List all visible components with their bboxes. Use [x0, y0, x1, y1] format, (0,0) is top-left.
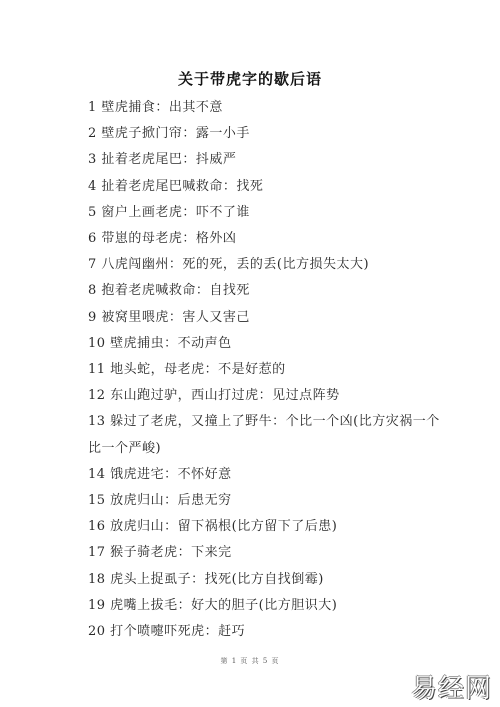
list-item: 5 窗户上画老虎：吓不了谁 [88, 200, 448, 226]
page-number: 第 1 页 共 5 页 [0, 656, 500, 666]
document-title: 关于带虎字的歇后语 [0, 68, 500, 89]
list-item: 15 放虎归山：后患无穷 [88, 488, 448, 514]
list-item: 13 躲过了老虎，又撞上了野牛：个比一个凶(比方灾祸一个比一个严峻) [88, 409, 448, 461]
list-item: 7 八虎闯幽州：死的死，丢的丢(比方损失太大) [88, 252, 448, 278]
list-item: 8 抱着老虎喊救命：自找死 [88, 278, 448, 304]
list-item: 4 扯着老虎尾巴喊救命：找死 [88, 174, 448, 200]
list-item: 19 虎嘴上拔毛：好大的胆子(比方胆识大) [88, 593, 448, 619]
list-item: 11 地头蛇，母老虎：不是好惹的 [88, 357, 448, 383]
list-item: 20 打个喷嚏吓死虎：赶巧 [88, 619, 448, 645]
list-item: 3 扯着老虎尾巴：抖威严 [88, 147, 448, 173]
list-item: 17 猴子骑老虎：下来完 [88, 540, 448, 566]
idiom-list: 1 壁虎捕食：出其不意 2 壁虎子掀门帘：露一小手 3 扯着老虎尾巴：抖威严 4… [88, 95, 448, 645]
list-item: 12 东山跑过驴，西山打过虎：见过点阵势 [88, 383, 448, 409]
list-item: 1 壁虎捕食：出其不意 [88, 95, 448, 121]
list-item: 9 被窝里喂虎：害人又害己 [88, 305, 448, 331]
list-item: 6 带崽的母老虎：格外凶 [88, 226, 448, 252]
list-item: 2 壁虎子掀门帘：露一小手 [88, 121, 448, 147]
document-page: 关于带虎字的歇后语 1 壁虎捕食：出其不意 2 壁虎子掀门帘：露一小手 3 扯着… [0, 0, 500, 707]
list-item: 18 虎头上捉虱子：找死(比方自找倒霉) [88, 567, 448, 593]
watermark-logo: 易经网 [411, 668, 492, 705]
list-item: 10 壁虎捕虫：不动声色 [88, 331, 448, 357]
list-item: 16 放虎归山：留下祸根(比方留下了后患) [88, 514, 448, 540]
list-item: 14 饿虎进宅：不怀好意 [88, 462, 448, 488]
